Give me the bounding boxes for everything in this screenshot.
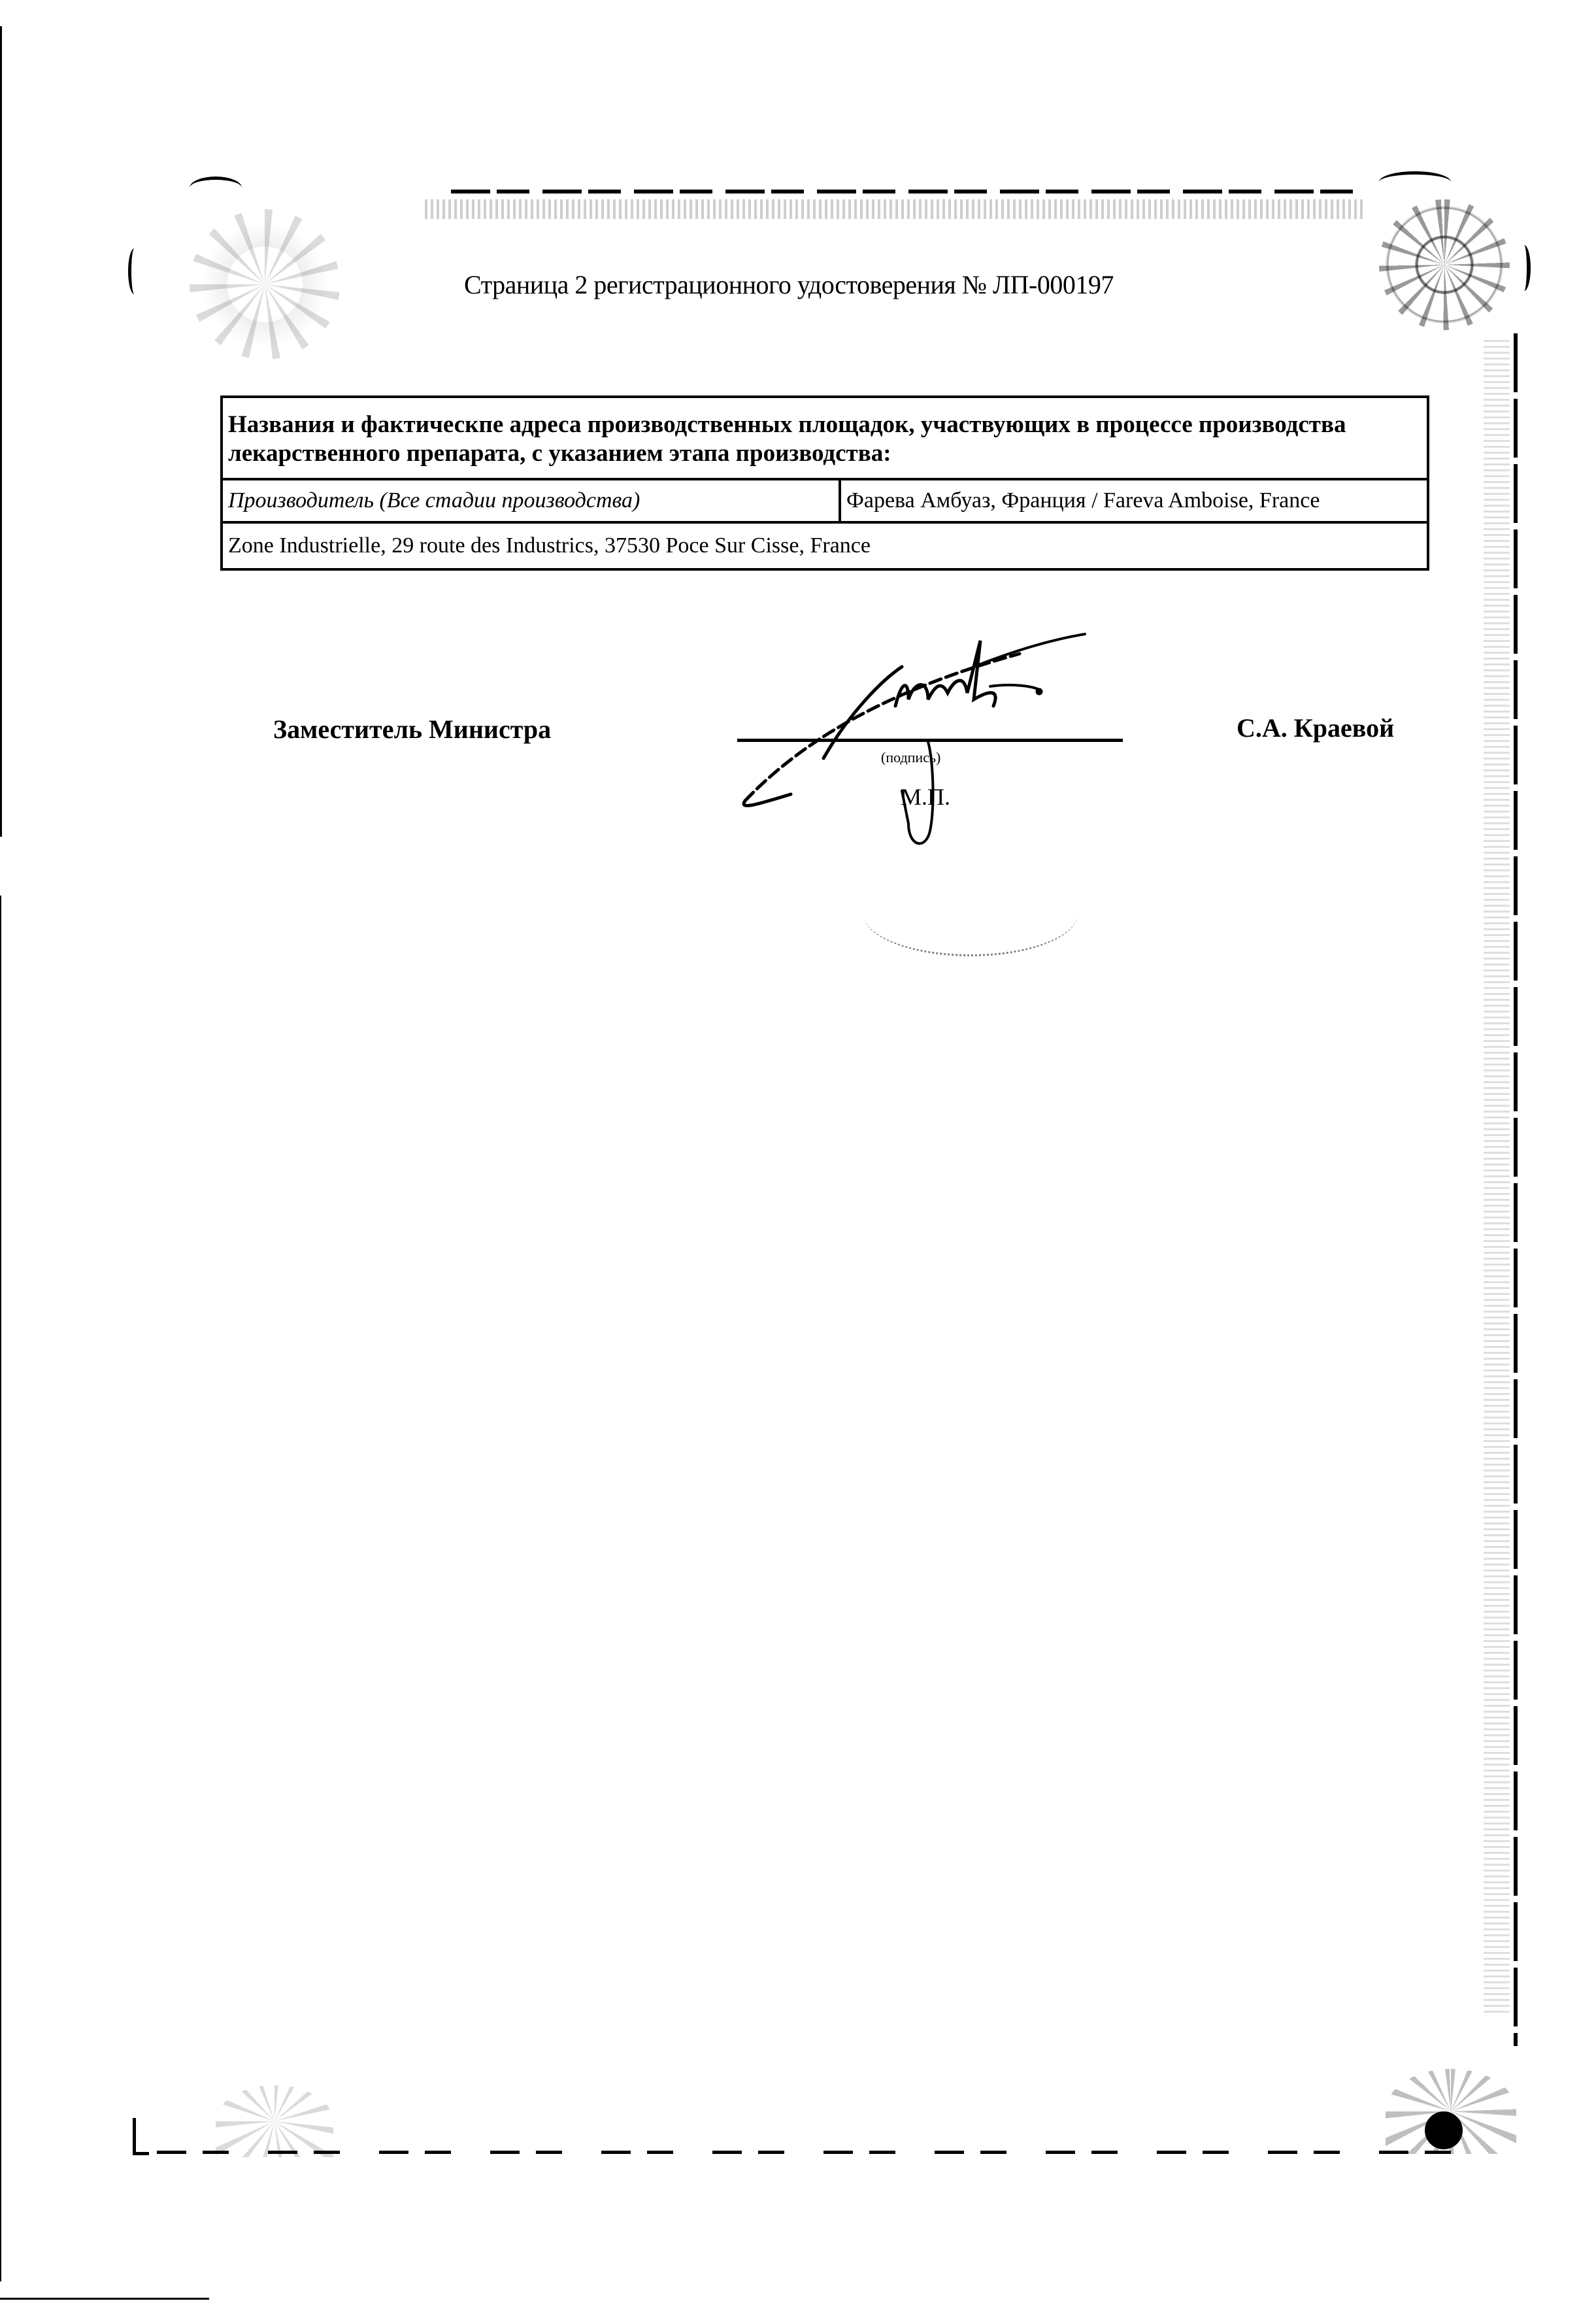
scan-bottom-edge [0, 2298, 209, 2300]
stamp-impression-trace [863, 869, 1078, 956]
signatory-role: Заместитель Министра [273, 714, 551, 745]
ornament-bracket-icon [1518, 245, 1531, 291]
manufacturing-sites-table: Названия и фактическпе адреса производст… [220, 395, 1429, 571]
page-frame-bottom [157, 2151, 1451, 2154]
ornament-bracket-icon [128, 248, 141, 294]
page-frame-right [1514, 333, 1518, 2046]
security-border-pattern [425, 199, 1366, 219]
scan-left-edge [0, 896, 1, 2281]
ornament-bracket-icon [133, 2118, 149, 2155]
scan-left-edge [0, 26, 2, 837]
manufacturer-role-cell: Производитель (Все стадии производства) [222, 479, 840, 522]
page-title: Страница 2 регистрационного удостоверени… [464, 269, 1114, 300]
handwritten-signature-icon [732, 628, 1203, 869]
ornament-arc-icon [190, 176, 242, 199]
rosette-ornament-icon [216, 2085, 333, 2157]
manufacturer-address-cell: Zone Industrielle, 29 route des Industri… [222, 522, 1428, 569]
rosette-ornament-icon [190, 209, 340, 360]
table-row: Zone Industrielle, 29 route des Industri… [222, 522, 1428, 569]
table-row: Производитель (Все стадии производства) … [222, 479, 1428, 522]
page-frame-top [451, 190, 1353, 193]
rosette-ornament-icon [1379, 199, 1510, 330]
signatory-name: С.А. Краевой [1237, 713, 1394, 743]
table-header-row: Названия и фактическпе адреса производст… [222, 397, 1428, 479]
security-border-pattern [1484, 340, 1510, 2013]
table-header-cell: Названия и фактическпе адреса производст… [222, 397, 1428, 479]
ink-dot-icon [1425, 2111, 1463, 2149]
ornament-arc-icon [1379, 171, 1451, 193]
manufacturer-name-cell: Фарева Амбуаз, Франция / Fareva Amboise,… [840, 479, 1428, 522]
